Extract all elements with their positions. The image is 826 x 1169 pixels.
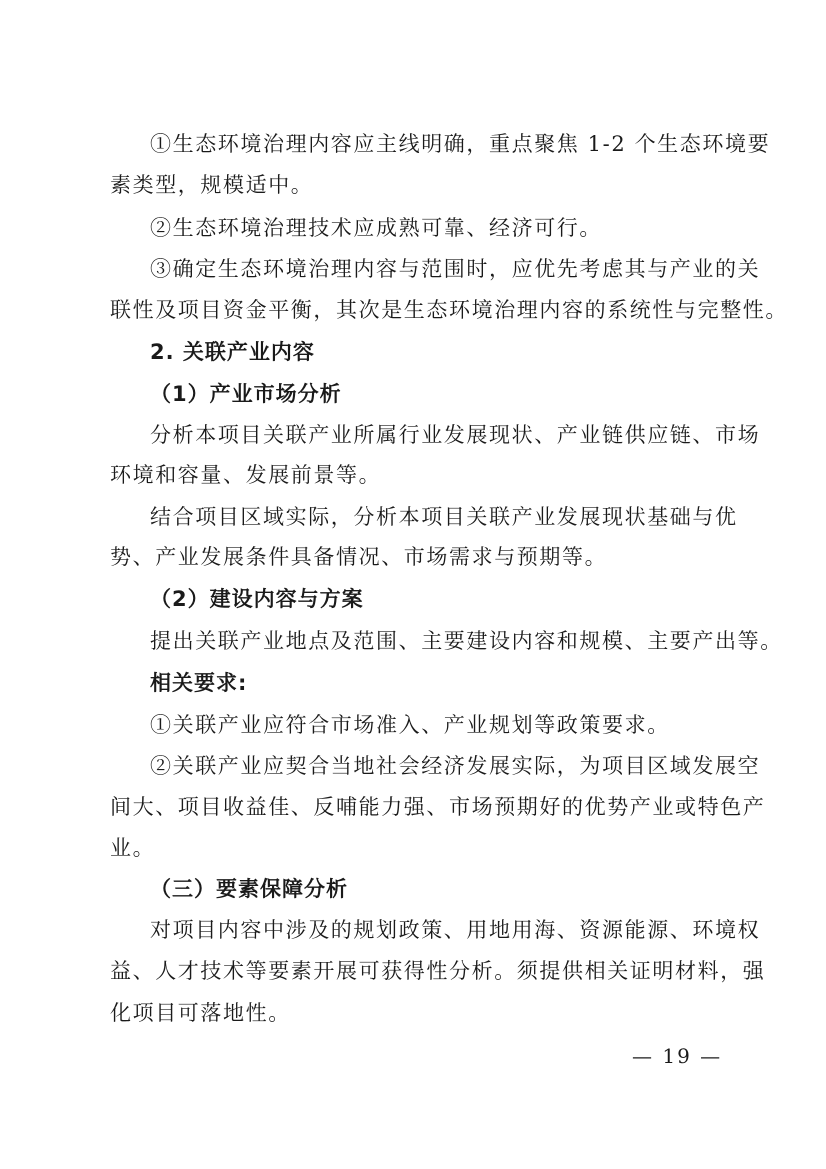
paragraph-line: 间大、项目收益佳、反哺能力强、市场预期好的优势产业或特色产 <box>110 793 720 821</box>
paragraph-line: ③确定生态环境治理内容与范围时，应优先考虑其与产业的关 <box>150 255 720 283</box>
paragraph-line: 环境和容量、发展前景等。 <box>110 461 730 489</box>
paragraph-line: 化项目可落地性。 <box>110 999 730 1027</box>
page-number: — 19 — <box>632 1044 722 1068</box>
section-heading: 2. 关联产业内容 <box>150 338 770 366</box>
paragraph-line: 势、产业发展条件具备情况、市场需求与预期等。 <box>110 543 730 571</box>
section-heading: （1）产业市场分析 <box>150 380 770 408</box>
section-heading: 相关要求: <box>150 669 770 697</box>
section-heading: （三）要素保障分析 <box>150 875 770 903</box>
paragraph-line: 素类型，规模适中。 <box>110 171 730 199</box>
paragraph-line: ①关联产业应符合市场准入、产业规划等政策要求。 <box>150 711 770 739</box>
paragraph-line: 对项目内容中涉及的规划政策、用地用海、资源能源、环境权 <box>150 916 720 944</box>
paragraph-line: 提出关联产业地点及范围、主要建设内容和规模、主要产出等。 <box>150 627 770 655</box>
paragraph-line: ②关联产业应契合当地社会经济发展实际，为项目区域发展空 <box>150 752 720 780</box>
paragraph-line: ②生态环境治理技术应成熟可靠、经济可行。 <box>150 214 770 242</box>
paragraph-line: 益、人才技术等要素开展可获得性分析。须提供相关证明材料，强 <box>110 957 720 985</box>
paragraph-line: 联性及项目资金平衡，其次是生态环境治理内容的系统性与完整性。 <box>110 296 720 324</box>
paragraph-line: ①生态环境治理内容应主线明确，重点聚焦 1-2 个生态环境要 <box>150 130 720 158</box>
document-page: ①生态环境治理内容应主线明确，重点聚焦 1-2 个生态环境要素类型，规模适中。②… <box>0 0 826 1169</box>
paragraph-line: 分析本项目关联产业所属行业发展现状、产业链供应链、市场 <box>150 421 720 449</box>
section-heading: （2）建设内容与方案 <box>150 585 770 613</box>
paragraph-line: 结合项目区域实际，分析本项目关联产业发展现状基础与优 <box>150 503 720 531</box>
paragraph-line: 业。 <box>110 834 730 862</box>
